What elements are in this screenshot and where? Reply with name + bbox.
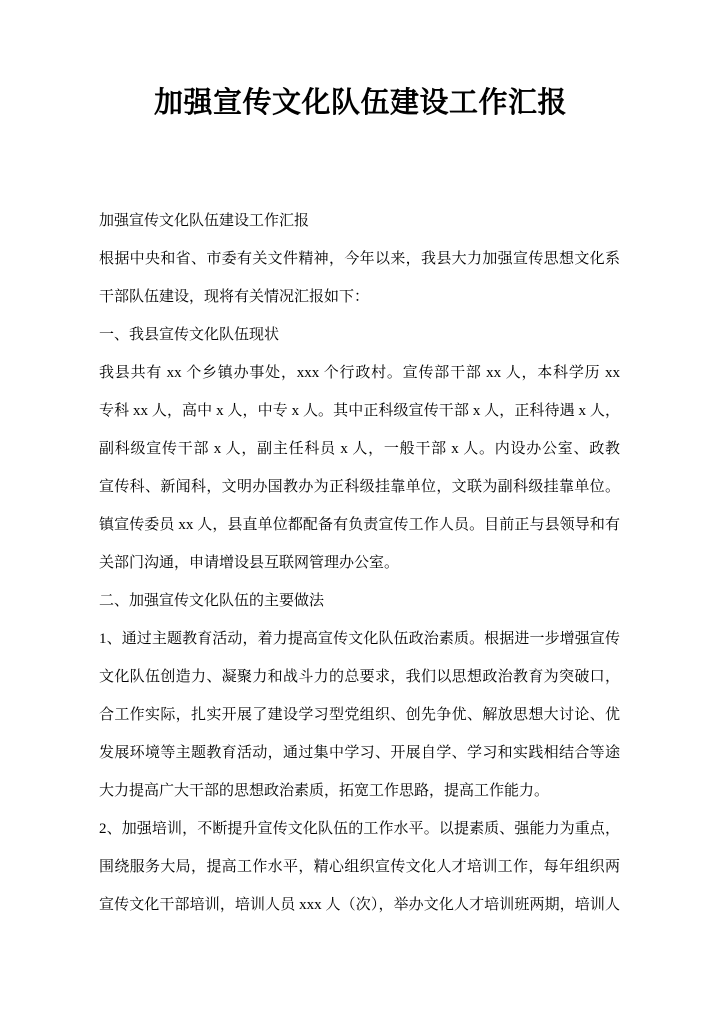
- paragraph-line: 宣传科、新闻科，文明办国教办为正科级挂靠单位，文联为副科级挂靠单位。乡: [99, 468, 620, 506]
- paragraph-line: 1、通过主题教育活动，着力提高宣传文化队伍政治素质。根据进一步增强宣传: [99, 620, 620, 658]
- section-heading: 二、加强宣传文化队伍的主要做法: [99, 582, 620, 620]
- document-page: 加强宣传文化队伍建设工作汇报 加强宣传文化队伍建设工作汇报 根据中央和省、市委有…: [0, 0, 721, 1020]
- paragraph-line: 发展环境等主题教育活动，通过集中学习、开展自学、学习和实践相结合等途径，: [99, 734, 620, 772]
- paragraph-line: 合工作实际，扎实开展了建设学习型党组织、创先争优、解放思想大讨论、优化: [99, 696, 620, 734]
- paragraph-line: 副科级宣传干部 x 人，副主任科员 x 人，一般干部 x 人。内设办公室、政教科…: [99, 430, 620, 468]
- paragraph-line: 围绕服务大局，提高工作水平，精心组织宣传文化人才培训工作，每年组织两次: [99, 848, 620, 886]
- paragraph-line: 镇宣传委员 xx 人，县直单位都配备有负责宣传工作人员。目前正与县领导和有: [99, 506, 620, 544]
- paragraph-line: 大力提高广大干部的思想政治素质，拓宽工作思路，提高工作能力。: [99, 772, 620, 810]
- paragraph-line: 根据中央和省、市委有关文件精神，今年以来，我县大力加强宣传思想文化系统: [99, 240, 620, 278]
- paragraph-line: 干部队伍建设，现将有关情况汇报如下：: [99, 278, 620, 316]
- section-heading: 一、我县宣传文化队伍现状: [99, 316, 620, 354]
- paragraph-line: 宣传文化干部培训，培训人员 xxx 人（次），举办文化人才培训班两期，培训人: [99, 886, 620, 924]
- paragraph-line: 关部门沟通，申请增设县互联网管理办公室。: [99, 544, 620, 582]
- document-body: 加强宣传文化队伍建设工作汇报 根据中央和省、市委有关文件精神，今年以来，我县大力…: [99, 202, 620, 924]
- paragraph-line: 加强宣传文化队伍建设工作汇报: [99, 202, 620, 240]
- paragraph-line: 2、加强培训，不断提升宣传文化队伍的工作水平。以提素质、强能力为重点，: [99, 810, 620, 848]
- document-title: 加强宣传文化队伍建设工作汇报: [0, 83, 721, 123]
- paragraph-line: 文化队伍创造力、凝聚力和战斗力的总要求，我们以思想政治教育为突破口，结: [99, 658, 620, 696]
- paragraph-line: 我县共有 xx 个乡镇办事处，xxx 个行政村。宣传部干部 xx 人，本科学历 …: [99, 354, 620, 392]
- paragraph-line: 专科 xx 人，高中 x 人，中专 x 人。其中正科级宣传干部 x 人，正科待遇…: [99, 392, 620, 430]
